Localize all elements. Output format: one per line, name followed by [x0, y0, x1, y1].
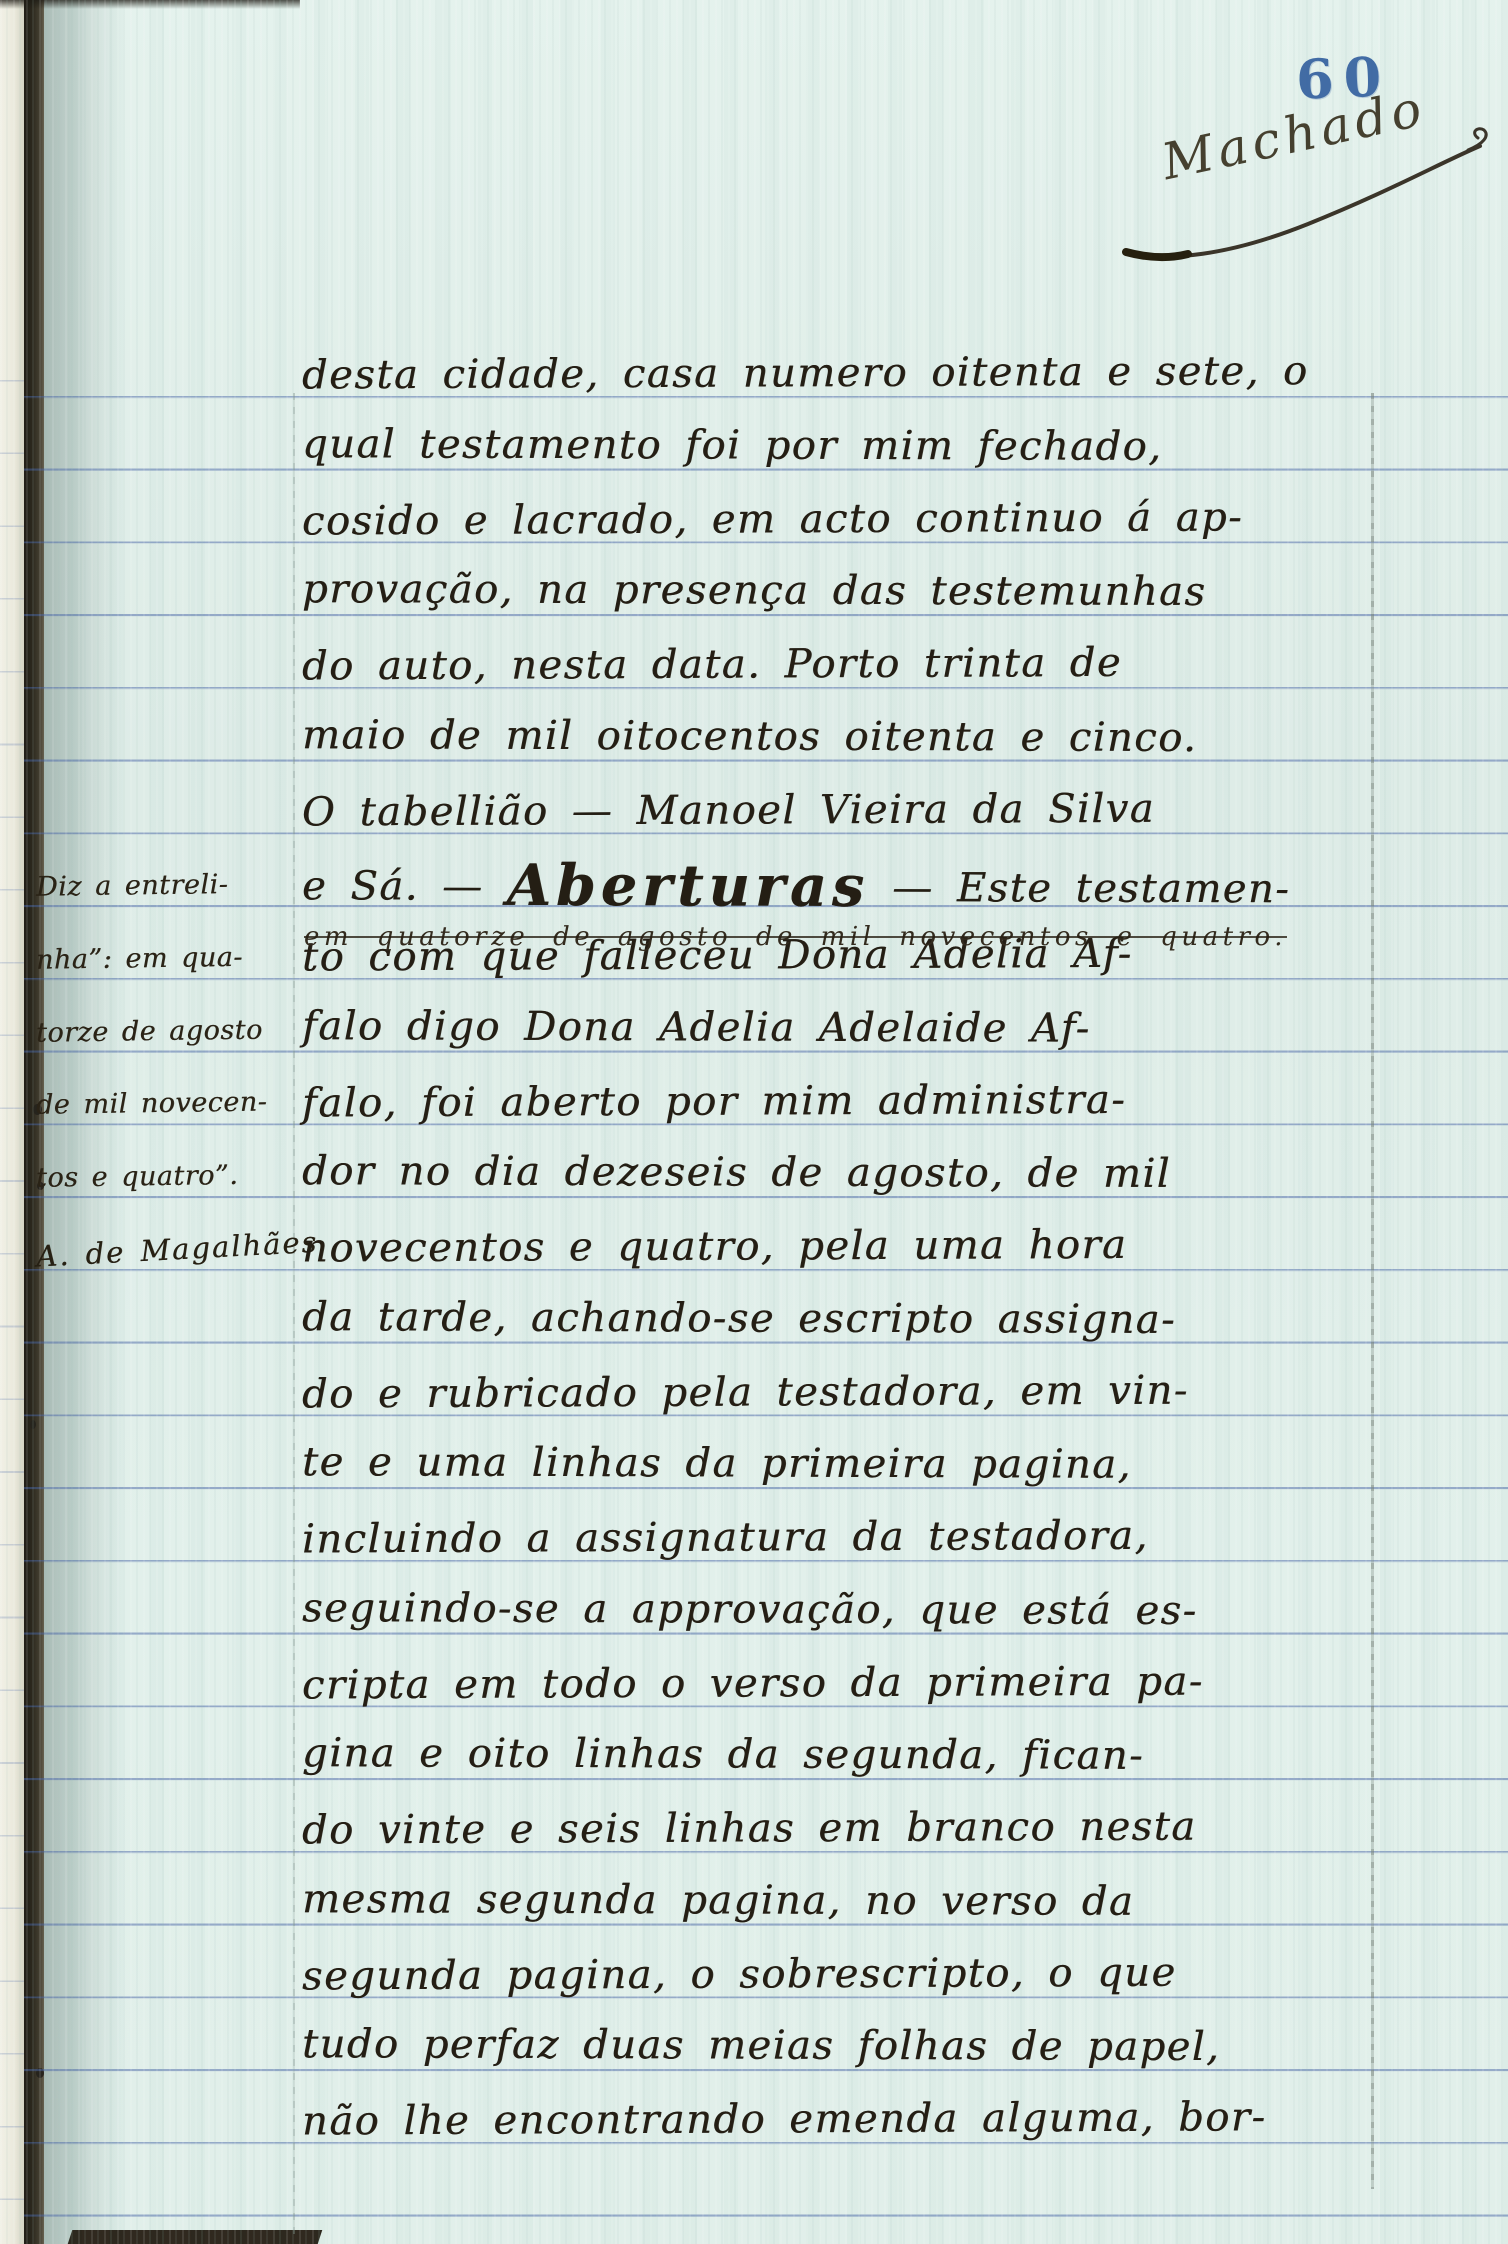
- manuscript-page-scan: 60 Machado Diz a entreli- nha”: em qua- …: [0, 0, 1508, 2244]
- ink-speck: [36, 2068, 44, 2078]
- manuscript-line: desta cidade, casa numero oitenta e sete…: [302, 344, 1452, 401]
- interlinear-insertion: em quatorze de agosto de mil novecentos …: [304, 918, 1414, 956]
- ink-speck: [30, 1420, 36, 1429]
- bottom-left-shadow: [68, 2230, 323, 2244]
- manuscript-line-aberturas: e Sá. — Aberturas — Este testamen-: [302, 854, 1452, 910]
- manuscript-line: falo, foi aberto por mim administra-: [302, 1072, 1452, 1129]
- manuscript-line: maio de mil oitocentos oitenta e cinco.: [302, 709, 1452, 765]
- margin-note-line: tos e quatro”.: [36, 1153, 289, 1201]
- manuscript-line: novecentos e quatro, pela uma hora: [302, 1217, 1452, 1274]
- manuscript-line: do e rubricado pela testadora, em vin-: [302, 1363, 1452, 1420]
- aberturas-heading: Aberturas: [507, 860, 869, 913]
- book-page-edges: [0, 0, 24, 2244]
- manuscript-line: segunda pagina, o sobrescripto, o que: [302, 1945, 1452, 2002]
- left-margin-rule: [293, 393, 295, 2234]
- manuscript-line: te e uma linhas da primeira pagina,: [302, 1436, 1452, 1492]
- manuscript-line: gina e oito linhas da segunda, fican-: [302, 1727, 1452, 1783]
- manuscript-line: dor no dia dezeseis de agosto, de mil: [302, 1145, 1452, 1201]
- manuscript-line: cosido e lacrado, em acto continuo á ap-: [302, 490, 1452, 547]
- manuscript-line: cripta em todo o verso da primeira pa-: [302, 1654, 1452, 1711]
- manuscript-line: qual testamento foi por mim fechado,: [302, 418, 1452, 474]
- manuscript-line: O tabellião — Manoel Vieira da Silva: [302, 781, 1452, 838]
- manuscript-line: do vinte e seis linhas em branco nesta: [302, 1799, 1452, 1856]
- margin-note-line: de mil novecen-: [36, 1080, 289, 1128]
- line8-suffix: — Este testamen-: [869, 865, 1290, 912]
- examiner-signature: Machado: [1108, 84, 1508, 274]
- manuscript-line: provação, na presença das testemunhas: [302, 563, 1452, 619]
- manuscript-line: do auto, nesta data. Porto trinta de: [302, 635, 1452, 692]
- manuscript-line: falo digo Dona Adelia Adelaide Af-: [302, 1000, 1452, 1056]
- top-edge-shadow: [0, 0, 300, 9]
- manuscript-line: não lhe encontrando emenda alguma, bor-: [302, 2090, 1452, 2147]
- manuscript-line: seguindo-se a approvação, que está es-: [302, 1582, 1452, 1638]
- manuscript-line: da tarde, achando-se escripto assigna-: [302, 1291, 1452, 1347]
- manuscript-line: mesma segunda pagina, no verso da: [302, 1873, 1452, 1929]
- line8-prefix: e Sá. —: [302, 863, 507, 910]
- margin-note-line: Diz a entreli-: [36, 862, 289, 910]
- margin-note-line: torze de agosto: [36, 1008, 289, 1056]
- manuscript-line: incluindo a assignatura da testadora,: [302, 1508, 1452, 1565]
- margin-note-line: nha”: em qua-: [36, 935, 289, 983]
- manuscript-line: tudo perfaz duas meias folhas de papel,: [302, 2018, 1452, 2074]
